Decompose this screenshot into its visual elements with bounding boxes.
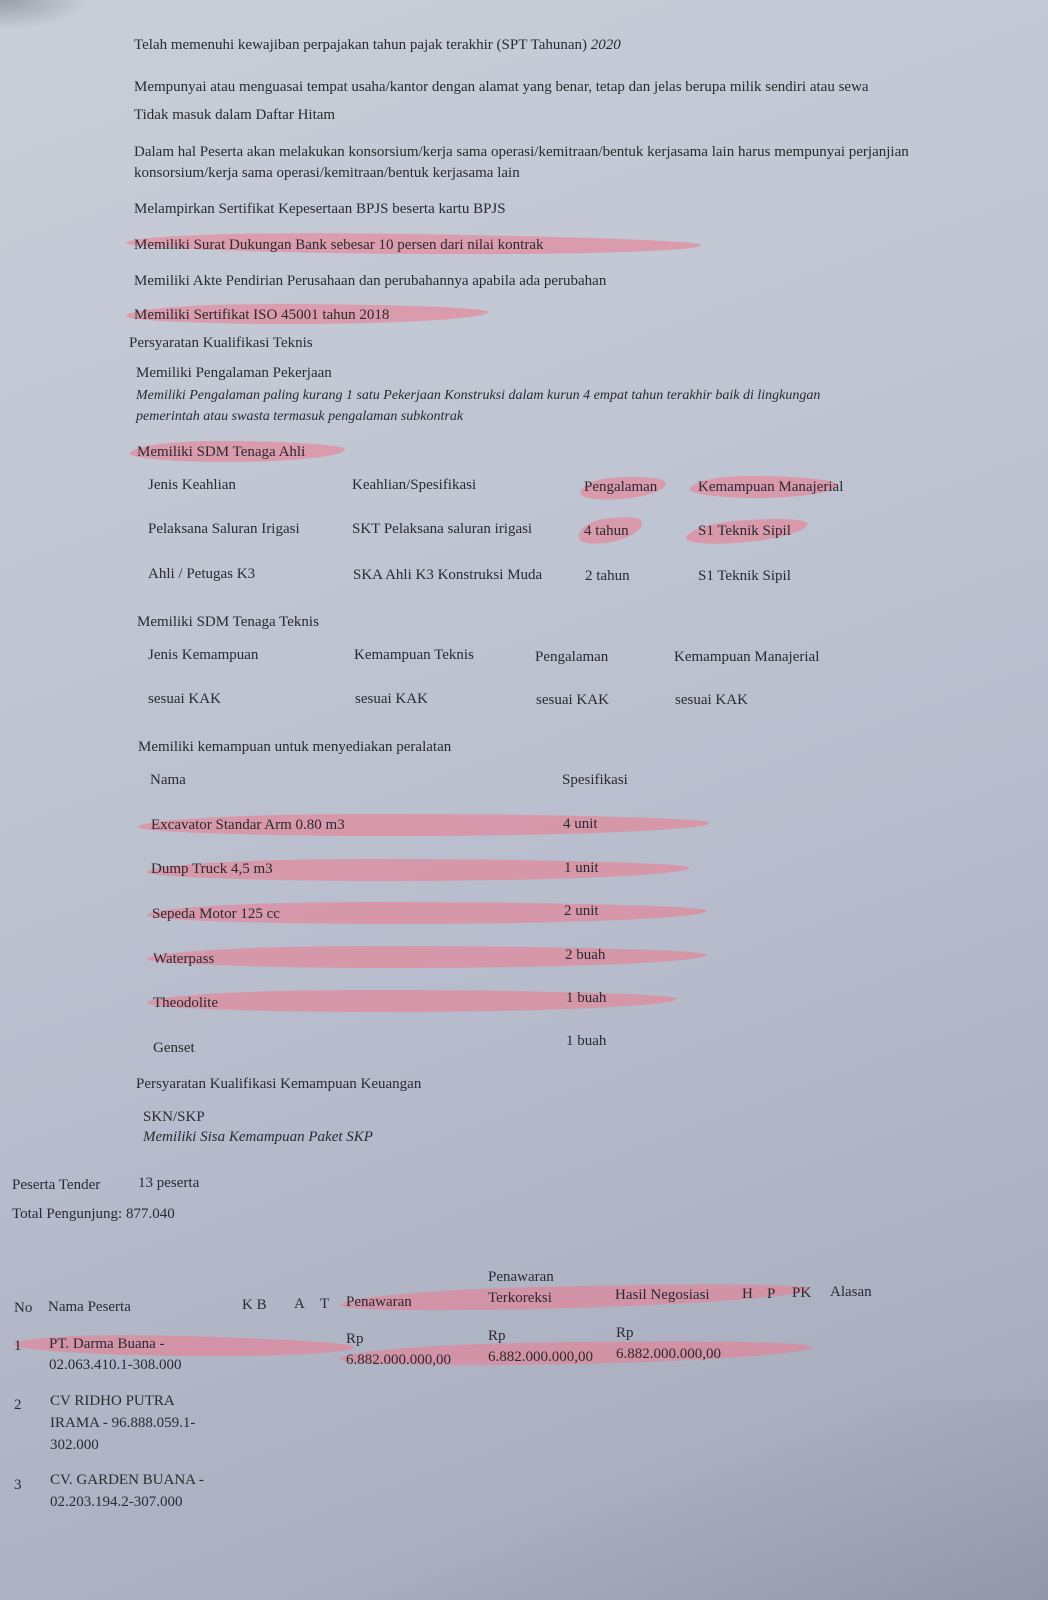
bid-row-currency: Rp bbox=[616, 1324, 634, 1342]
equipment-spec: 1 unit bbox=[564, 859, 599, 877]
equipment-name: Sepeda Motor 125 cc bbox=[152, 905, 280, 923]
page-shade bbox=[348, 1400, 1048, 1600]
technicians-cell: sesuai KAK bbox=[536, 691, 609, 709]
participants-label: Peserta Tender bbox=[12, 1176, 100, 1194]
col-t: T bbox=[320, 1295, 329, 1313]
bid-row-npwp: 302.000 bbox=[50, 1436, 99, 1454]
col-h: H bbox=[742, 1285, 753, 1303]
col-a: A bbox=[294, 1295, 305, 1313]
equipment-name: Dump Truck 4,5 m3 bbox=[151, 860, 273, 878]
col-negotiated: Hasil Negosiasi bbox=[615, 1286, 710, 1304]
requirement-office: Mempunyai atau menguasai tempat usaha/ka… bbox=[134, 78, 869, 96]
bid-row-name: PT. Darma Buana - bbox=[49, 1335, 165, 1353]
experts-header: Pengalaman bbox=[584, 478, 657, 496]
bid-row-name: CV RIDHO PUTRA bbox=[50, 1392, 175, 1410]
experts-cell: SKA Ahli K3 Konstruksi Muda bbox=[353, 566, 542, 584]
financial-item: SKN/SKP bbox=[143, 1108, 205, 1126]
bid-row-no: 3 bbox=[14, 1476, 22, 1494]
highlight-mark bbox=[147, 946, 707, 968]
experts-title: Memiliki SDM Tenaga Ahli bbox=[137, 443, 305, 461]
financial-heading: Persyaratan Kualifikasi Kemampuan Keuang… bbox=[136, 1075, 421, 1093]
equipment-name: Genset bbox=[153, 1039, 195, 1057]
experience-desc: Memiliki Pengalaman paling kurang 1 satu… bbox=[136, 387, 820, 405]
bid-row-corrected: 6.882.000.000,00 bbox=[488, 1348, 593, 1366]
bid-row-currency: Rp bbox=[346, 1330, 364, 1348]
technicians-cell: sesuai KAK bbox=[148, 690, 221, 708]
equipment-header: Spesifikasi bbox=[562, 771, 628, 789]
col-corrected-cont: Terkoreksi bbox=[488, 1289, 552, 1307]
bid-row-no: 1 bbox=[14, 1337, 22, 1355]
equipment-header: Nama bbox=[150, 771, 186, 789]
technical-heading: Persyaratan Kualifikasi Teknis bbox=[129, 334, 313, 352]
equipment-name: Theodolite bbox=[153, 994, 218, 1012]
equipment-spec: 4 unit bbox=[563, 815, 598, 833]
bid-row-negotiated: 6.882.000.000,00 bbox=[616, 1345, 721, 1363]
financial-desc: Memiliki Sisa Kemampuan Paket SKP bbox=[143, 1128, 373, 1146]
col-kb: K B bbox=[242, 1296, 267, 1314]
equipment-name: Excavator Standar Arm 0.80 m3 bbox=[151, 816, 345, 834]
equipment-spec: 2 unit bbox=[564, 902, 599, 920]
bid-row-npwp: 02.063.410.1-308.000 bbox=[49, 1356, 182, 1374]
technicians-header: Kemampuan Manajerial bbox=[674, 648, 819, 666]
experts-header: Jenis Keahlian bbox=[148, 476, 236, 494]
experts-cell: Ahli / Petugas K3 bbox=[148, 565, 255, 583]
technicians-title: Memiliki SDM Tenaga Teknis bbox=[137, 613, 319, 631]
experts-cell: Pelaksana Saluran Irigasi bbox=[148, 520, 300, 538]
visitor-count: Total Pengunjung: 877.040 bbox=[12, 1205, 175, 1223]
requirement-iso: Memiliki Sertifikat ISO 45001 tahun 2018 bbox=[134, 306, 389, 324]
requirement-blacklist: Tidak masuk dalam Daftar Hitam bbox=[134, 106, 335, 124]
technicians-cell: sesuai KAK bbox=[355, 690, 428, 708]
col-offer: Penawaran bbox=[346, 1293, 412, 1311]
equipment-spec: 1 buah bbox=[566, 989, 606, 1007]
experts-header: Kemampuan Manajerial bbox=[698, 478, 843, 496]
experience-desc-cont: pemerintah atau swasta termasuk pengalam… bbox=[136, 408, 463, 426]
bid-row-no: 2 bbox=[14, 1396, 22, 1414]
equipment-title: Memiliki kemampuan untuk menyediakan per… bbox=[138, 738, 451, 756]
col-reason: Alasan bbox=[830, 1283, 872, 1301]
requirement-bank: Memiliki Surat Dukungan Bank sebesar 10 … bbox=[134, 236, 544, 254]
col-p: P bbox=[767, 1285, 775, 1303]
requirement-bpjs: Melampirkan Sertifikat Kepesertaan BPJS … bbox=[134, 200, 506, 218]
requirement-consortium-cont: konsorsium/kerja sama operasi/kemitraan/… bbox=[134, 164, 520, 182]
experience-title: Memiliki Pengalaman Pekerjaan bbox=[136, 364, 332, 382]
col-corrected: Penawaran bbox=[488, 1268, 554, 1286]
requirement-akte: Memiliki Akte Pendirian Perusahaan dan p… bbox=[134, 272, 606, 290]
experts-header: Keahlian/Spesifikasi bbox=[352, 476, 476, 494]
participants-value: 13 peserta bbox=[138, 1174, 199, 1192]
col-no: No bbox=[14, 1299, 32, 1317]
experts-cell: 2 tahun bbox=[585, 567, 630, 585]
technicians-header: Kemampuan Teknis bbox=[354, 646, 474, 664]
technicians-cell: sesuai KAK bbox=[675, 691, 748, 709]
experts-cell: SKT Pelaksana saluran irigasi bbox=[352, 520, 532, 538]
equipment-name: Waterpass bbox=[153, 950, 214, 968]
experts-cell: 4 tahun bbox=[584, 522, 629, 540]
bid-row-offer: 6.882.000.000,00 bbox=[346, 1351, 451, 1369]
bid-row-npwp: 02.203.194.2-307.000 bbox=[50, 1493, 183, 1511]
spt-year: 2020 bbox=[591, 37, 621, 53]
bid-row-currency: Rp bbox=[488, 1327, 506, 1345]
requirement-consortium: Dalam hal Peserta akan melakukan konsors… bbox=[134, 143, 909, 161]
experts-cell: S1 Teknik Sipil bbox=[698, 522, 791, 540]
page-shadow bbox=[0, 0, 90, 30]
col-pk: PK bbox=[792, 1284, 811, 1302]
experts-cell: S1 Teknik Sipil bbox=[698, 567, 791, 585]
bid-row-name: CV. GARDEN BUANA - bbox=[50, 1471, 204, 1489]
requirement-spt: Telah memenuhi kewajiban perpajakan tahu… bbox=[134, 36, 621, 54]
technicians-header: Pengalaman bbox=[535, 648, 608, 666]
bid-row-name-cont: IRAMA - 96.888.059.1- bbox=[50, 1414, 195, 1432]
col-name: Nama Peserta bbox=[48, 1298, 131, 1316]
equipment-spec: 1 buah bbox=[566, 1032, 606, 1050]
equipment-spec: 2 buah bbox=[565, 946, 605, 964]
technicians-header: Jenis Kemampuan bbox=[148, 646, 258, 664]
